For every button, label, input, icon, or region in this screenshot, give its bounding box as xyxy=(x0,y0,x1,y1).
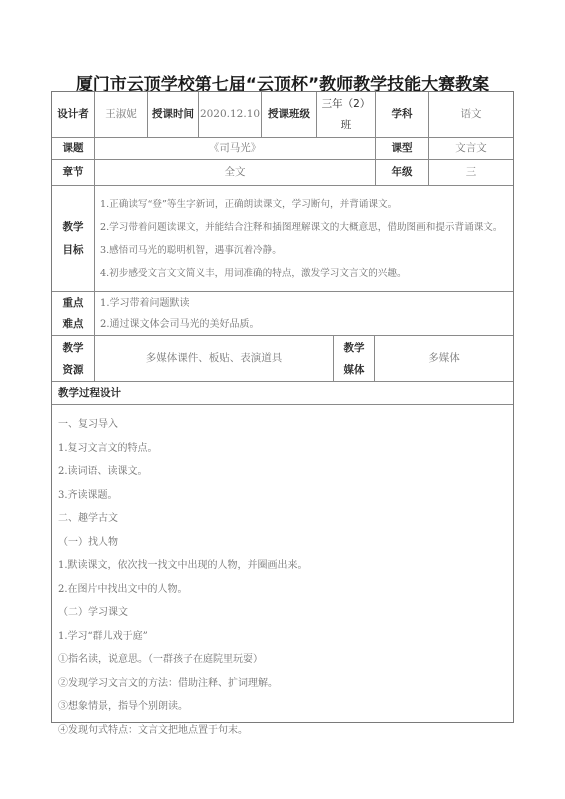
objective-item: 4.初步感受文言文文简义丰，用词准确的特点，激发学习文言文的兴趣。 xyxy=(100,262,407,285)
row-divider xyxy=(52,404,513,405)
objective-item: 3.感悟司马光的聪明机智，遇事沉着冷静。 xyxy=(100,239,282,262)
grade-value: 三 xyxy=(429,160,513,185)
process-line: ②发现学习文言文的方法：借助注释、扩词理解。 xyxy=(58,672,308,696)
class-value-line1: 三年（2） xyxy=(322,94,371,115)
objectives-label: 教学 目标 xyxy=(52,186,94,291)
process-line: 3.齐读课题。 xyxy=(58,484,308,508)
class-value-line2: 班 xyxy=(341,115,352,136)
objective-item: 1.正确读写“登”等生字新词，正确朗读课文，学习断句，并背诵课文。 xyxy=(100,193,397,216)
key-point-item: 1.学习带着问题默读 xyxy=(100,293,190,314)
topic-label: 课题 xyxy=(52,138,94,159)
process-line: （二）学习课文 xyxy=(58,601,308,625)
resources-value: 多媒体课件、板贴、表演道具 xyxy=(95,336,333,381)
grade-label: 年级 xyxy=(376,160,428,185)
class-label: 授课班级 xyxy=(262,92,316,137)
subject-value: 语文 xyxy=(429,92,513,137)
process-line: 2.在图片中找出文中的人物。 xyxy=(58,578,308,602)
lesson-plan-table: 设计者 王淑妮 授课时间 2020.12.10 授课班级 三年（2） 班 学科 … xyxy=(51,91,514,723)
designer-value: 王淑妮 xyxy=(95,92,147,137)
key-points-list: 1.学习带着问题默读 2.通过课文体会司马光的美好品质。 xyxy=(100,292,512,335)
process-line: 一、复习导入 xyxy=(58,413,308,437)
lesson-type-value: 文言文 xyxy=(429,138,513,159)
teaching-time-label: 授课时间 xyxy=(148,92,198,137)
media-label: 教学 媒体 xyxy=(334,336,374,381)
process-content: 一、复习导入 1.复习文言文的特点。 2.读词语、读课文。 3.齐读课题。 二、… xyxy=(58,413,308,742)
subject-label: 学科 xyxy=(376,92,428,137)
key-point-item: 2.通过课文体会司马光的美好品质。 xyxy=(100,314,260,335)
process-line: ③想象情景，指导个别朗读。 xyxy=(58,695,308,719)
chapter-value: 全文 xyxy=(95,160,375,185)
media-value: 多媒体 xyxy=(375,336,513,381)
teaching-time-value: 2020.12.10 xyxy=(199,92,261,137)
process-line: 1.默读课文，依次找一找文中出现的人物，并圈画出来。 xyxy=(58,554,308,578)
process-line: 1.学习“群儿戏于庭” xyxy=(58,625,308,649)
chapter-label: 章节 xyxy=(52,160,94,185)
objective-item: 2.学习带着问题读课文，并能结合注释和插图理解课文的大概意思，借助图画和提示背诵… xyxy=(100,216,503,239)
lesson-type-label: 课型 xyxy=(376,138,428,159)
designer-label: 设计者 xyxy=(52,92,94,137)
process-header: 教学过程设计 xyxy=(58,382,121,404)
row-divider xyxy=(52,381,513,382)
resources-label: 教学 资源 xyxy=(52,336,94,381)
process-line: 2.读词语、读课文。 xyxy=(58,460,308,484)
topic-value: 《司马光》 xyxy=(95,138,375,159)
process-line: （一）找人物 xyxy=(58,531,308,555)
process-line: ①指名读，说意思。（一群孩子在庭院里玩耍） xyxy=(58,648,308,672)
key-points-label: 重点 难点 xyxy=(52,292,94,335)
process-line: 二、趣学古文 xyxy=(58,507,308,531)
process-line: ④发现句式特点：文言文把地点置于句末。 xyxy=(58,719,308,743)
process-line: 1.复习文言文的特点。 xyxy=(58,437,308,461)
objectives-list: 1.正确读写“登”等生字新词，正确朗读课文，学习断句，并背诵课文。 2.学习带着… xyxy=(100,186,512,291)
class-value: 三年（2） 班 xyxy=(317,92,375,137)
